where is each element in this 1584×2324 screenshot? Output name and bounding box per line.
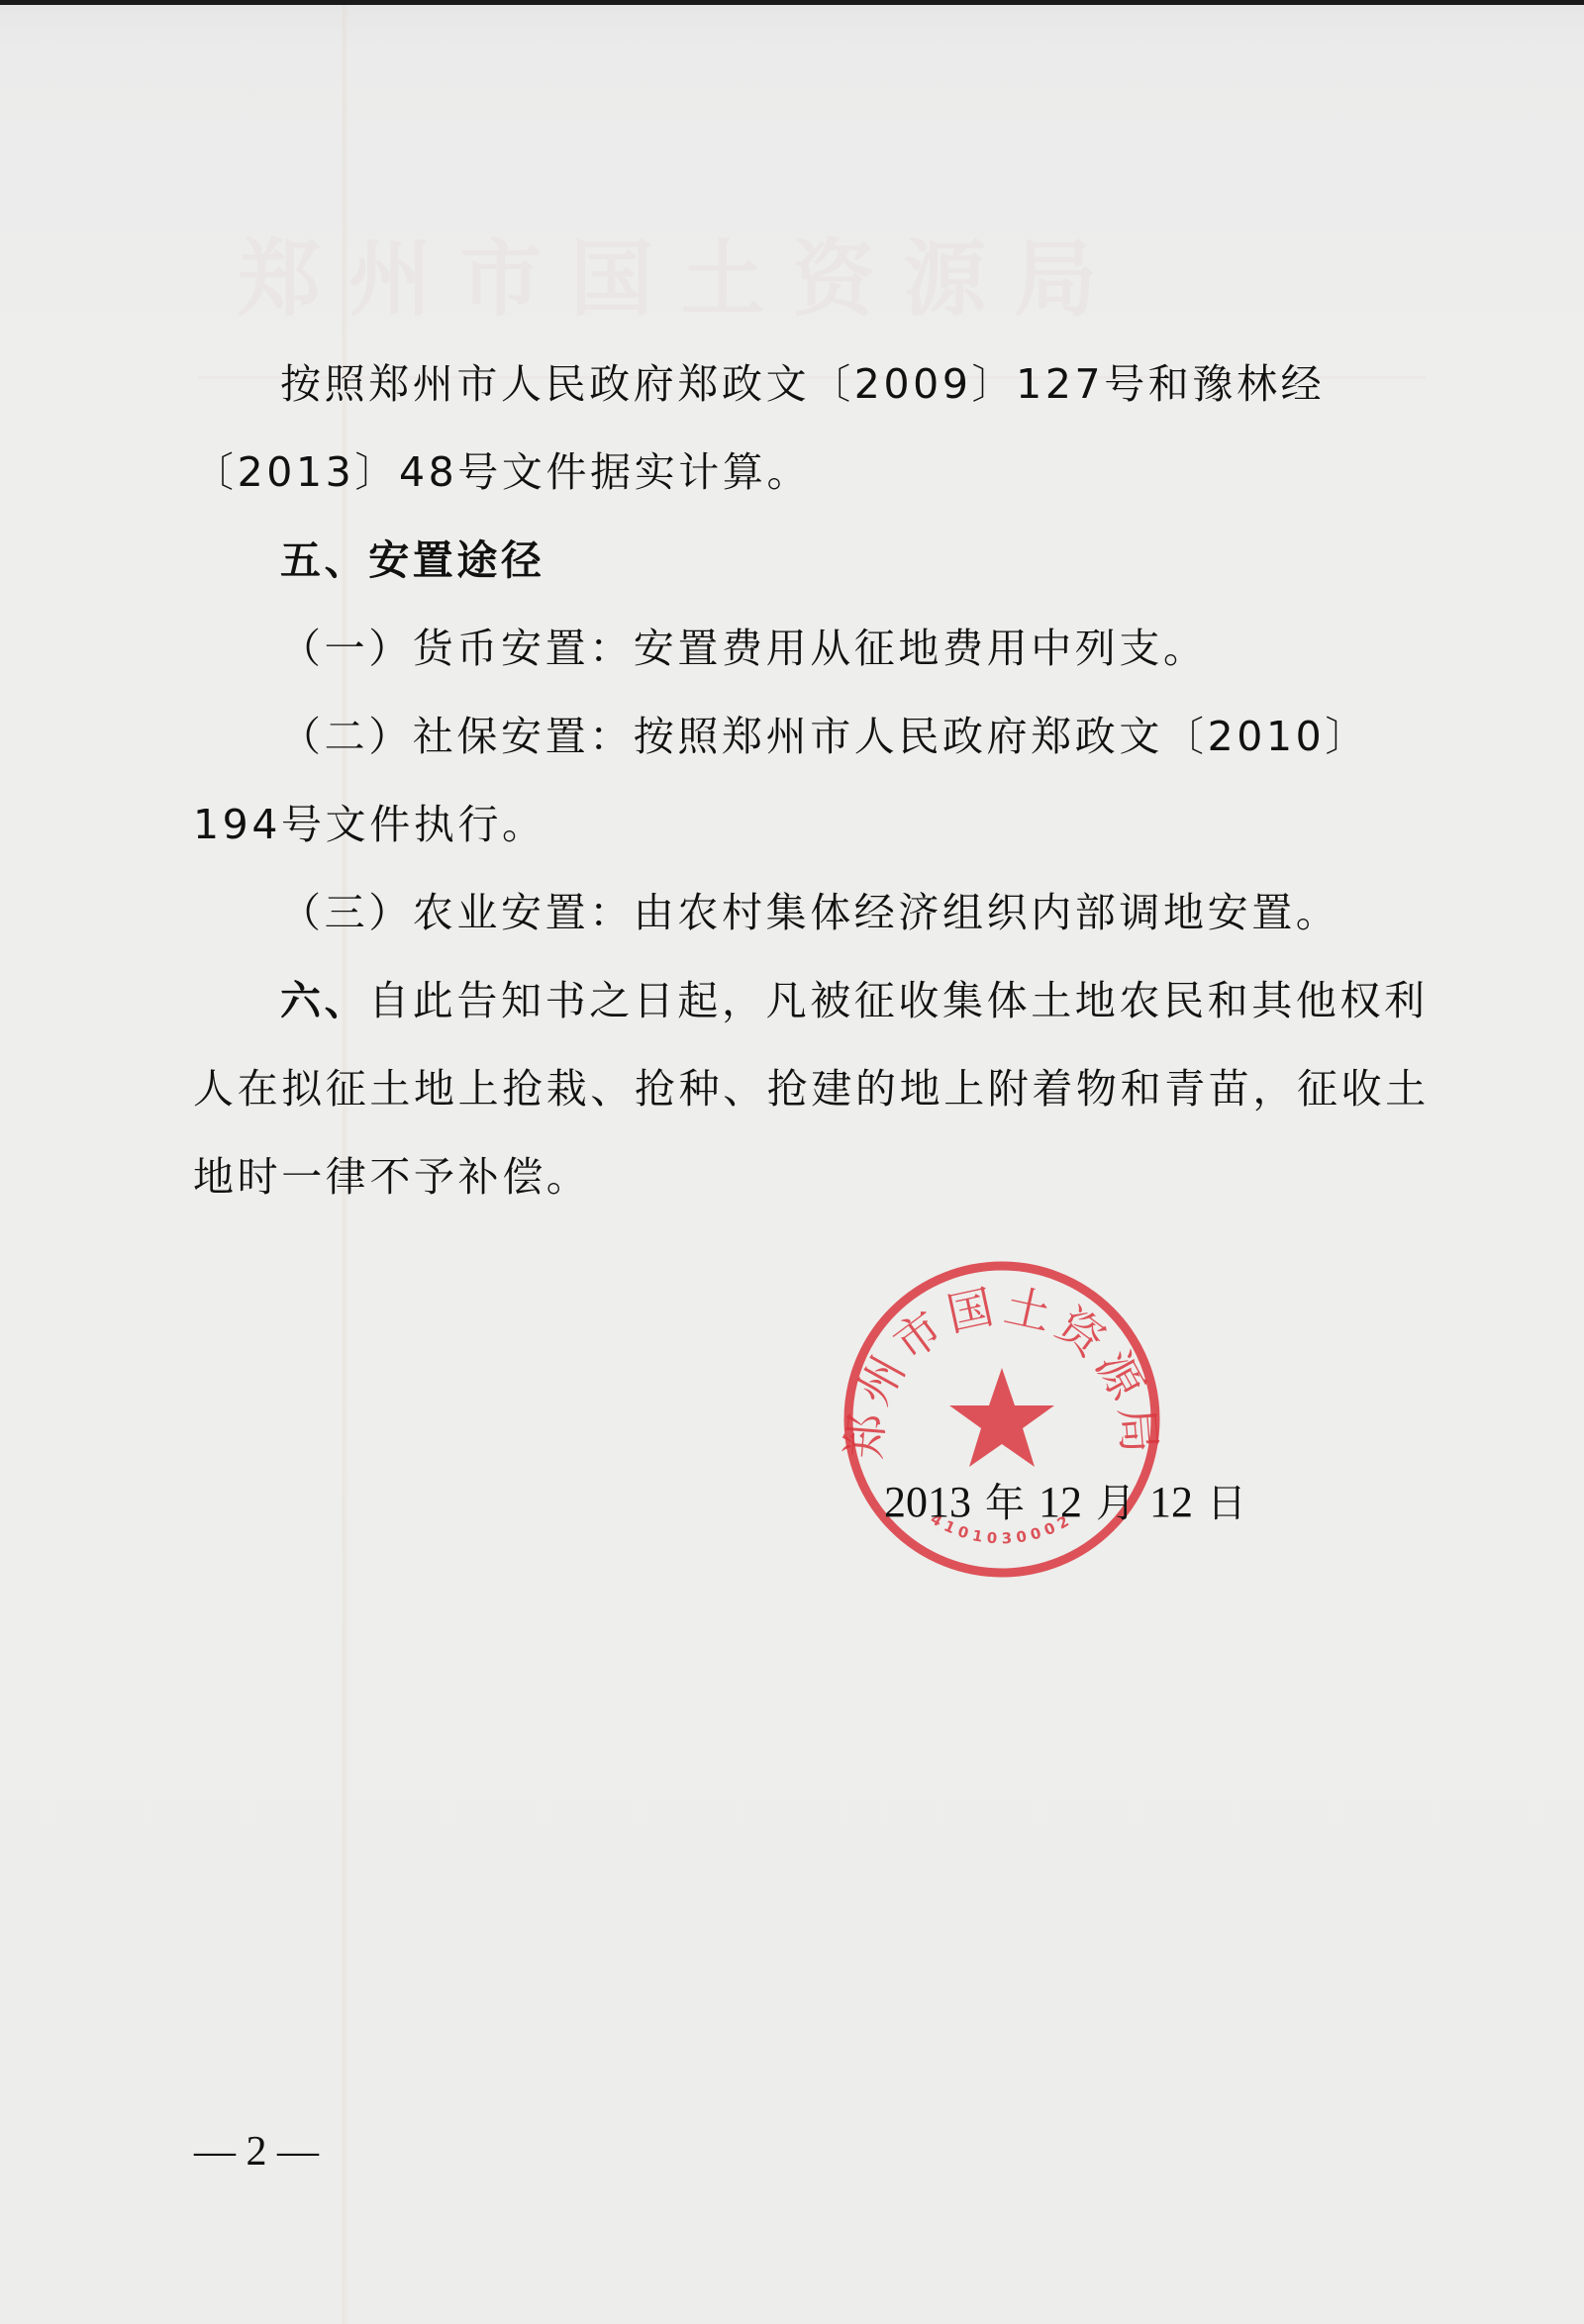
paragraph-no-compensation: 六、自此告知书之日起，凡被征收集体土地农民和其他权利人在拟征土地上抢栽、抢种、抢… [193, 957, 1440, 1221]
date-day-unit: 日 [1193, 1481, 1260, 1526]
date-month: 12 [1039, 1478, 1082, 1526]
paragraph-no-compensation-text: 自此告知书之日起，凡被征收集体土地农民和其他权利人在拟征土地上抢栽、抢种、抢建的… [193, 977, 1430, 1201]
paragraph-monetary-resettlement: （一）货币安置：安置费用从征地费用中列支。 [193, 605, 1440, 693]
date-year: 2013 [884, 1478, 971, 1526]
bleed-through-header: 郑州市国土资源局 [238, 213, 1125, 333]
page-number: — 2 — [194, 2128, 319, 2176]
signature-date: 2013年12月12日 [884, 1472, 1260, 1528]
date-year-unit: 年 [971, 1481, 1039, 1526]
paragraph-social-security-resettlement: （二）社保安置：按照郑州市人民政府郑政文〔2010〕194号文件执行。 [193, 693, 1440, 869]
paragraph-calculation: 按照郑州市人民政府郑政文〔2009〕127号和豫林经〔2013〕48号文件据实计… [193, 340, 1440, 517]
official-seal: 郑州市国土资源局 4101030002 [841, 1259, 1162, 1580]
star-icon [949, 1368, 1054, 1467]
section-number-six: 六、 [280, 977, 368, 1024]
paragraph-agricultural-resettlement: （三）农业安置：由农村集体经济组织内部调地安置。 [193, 869, 1440, 957]
date-month-unit: 月 [1082, 1481, 1149, 1526]
section-heading-resettlement: 五、安置途径 [193, 517, 1440, 605]
date-day: 12 [1149, 1478, 1193, 1526]
document-body: 按照郑州市人民政府郑政文〔2009〕127号和豫林经〔2013〕48号文件据实计… [193, 340, 1440, 1221]
